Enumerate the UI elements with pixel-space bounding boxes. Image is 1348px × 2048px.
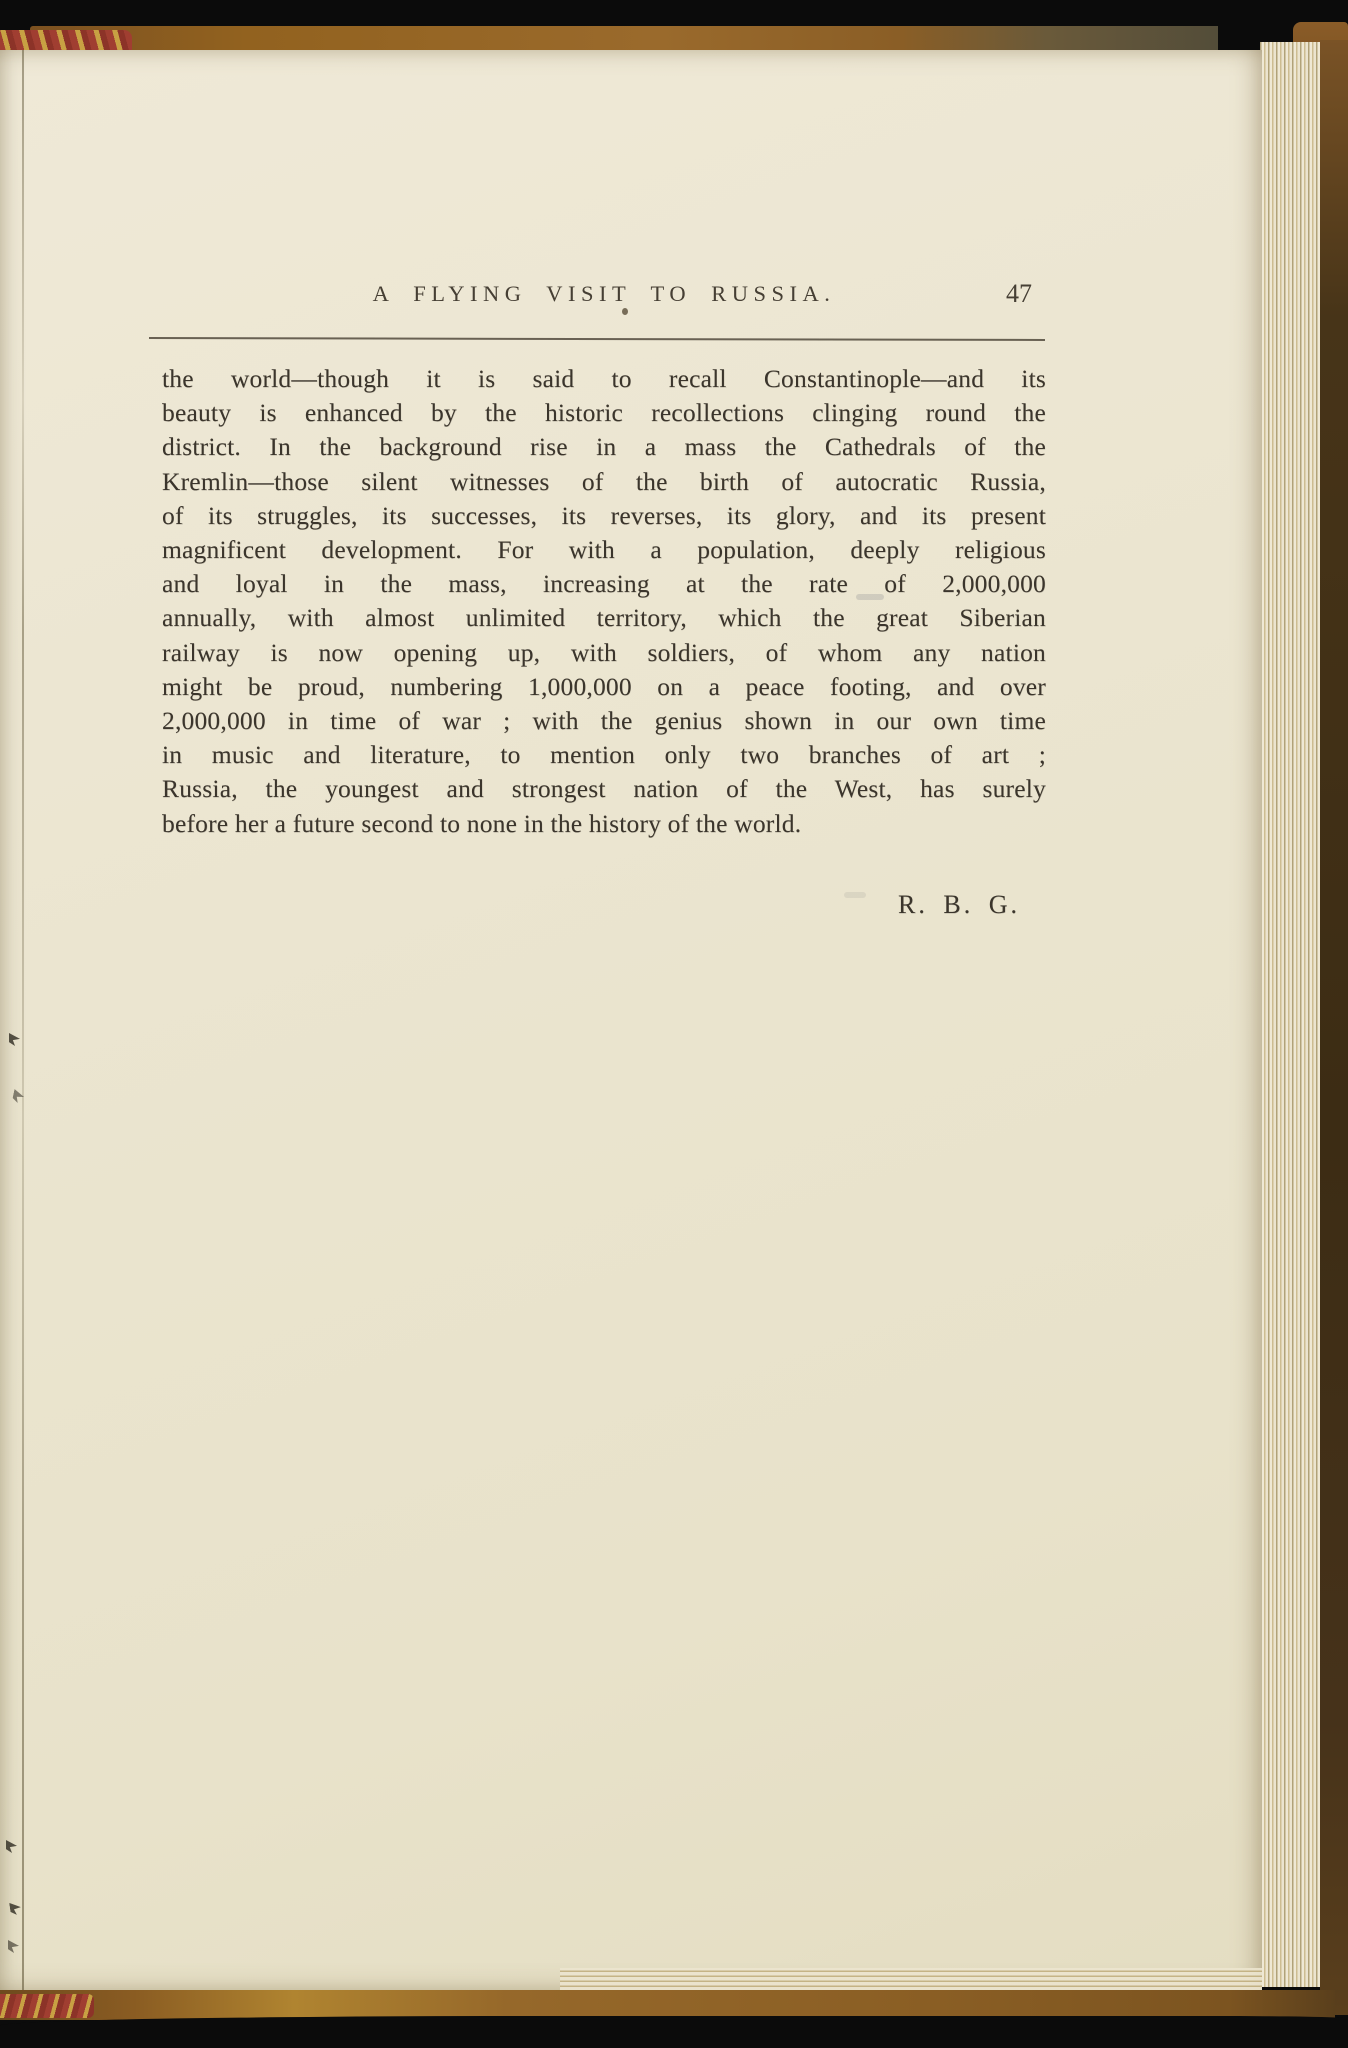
bottom-endband: [0, 1994, 94, 2018]
book-page: A FLYING VISIT TO RUSSIA. 47 the world—t…: [0, 50, 1262, 1992]
text-line: 2,000,000 in time of war ; with the geni…: [162, 704, 1046, 738]
running-header: A FLYING VISIT TO RUSSIA.: [162, 281, 1046, 307]
text-line: the world—though it is said to recall Co…: [162, 362, 1046, 396]
background-bottom: [0, 2016, 1348, 2048]
header-rule: [149, 337, 1045, 341]
page-number: 47: [1006, 279, 1066, 309]
gutter-fold-line: [22, 50, 24, 1992]
text-line: Kremlin—those silent witnesses of the bi…: [162, 465, 1046, 499]
paper-smudge: [844, 892, 866, 898]
page-stack-right-edge: [1260, 42, 1322, 1987]
text-line: district. In the background rise in a ma…: [162, 430, 1046, 464]
text-line: railway is now opening up, with soldiers…: [162, 636, 1046, 670]
binding-mark: [9, 1033, 20, 1046]
binding-mark: [8, 1940, 19, 1953]
author-initials: R. B. G.: [162, 890, 1046, 920]
paper-speck: [622, 308, 628, 315]
book-scan: A FLYING VISIT TO RUSSIA. 47 the world—t…: [0, 0, 1348, 2048]
text-line: beauty is enhanced by the historic recol…: [162, 396, 1046, 430]
text-line: of its struggles, its successes, its rev…: [162, 499, 1046, 533]
binding-mark: [9, 1901, 22, 1915]
book-right-cover: [1320, 40, 1348, 2015]
text-line: before her a future second to none in th…: [162, 807, 1046, 841]
text-line: magnificent development. For with a popu…: [162, 533, 1046, 567]
page-stack-bottom-edge: [560, 1968, 1262, 1992]
paper-smudge: [856, 594, 884, 600]
body-text: the world—though it is said to recall Co…: [162, 362, 1046, 841]
text-line: annually, with almost unlimited territor…: [162, 601, 1046, 635]
text-line: might be proud, numbering 1,000,000 on a…: [162, 670, 1046, 704]
text-line: in music and literature, to mention only…: [162, 738, 1046, 772]
text-line: Russia, the youngest and strongest natio…: [162, 772, 1046, 806]
text-line: and loyal in the mass, increasing at the…: [162, 567, 1046, 601]
binding-mark: [6, 1840, 17, 1853]
